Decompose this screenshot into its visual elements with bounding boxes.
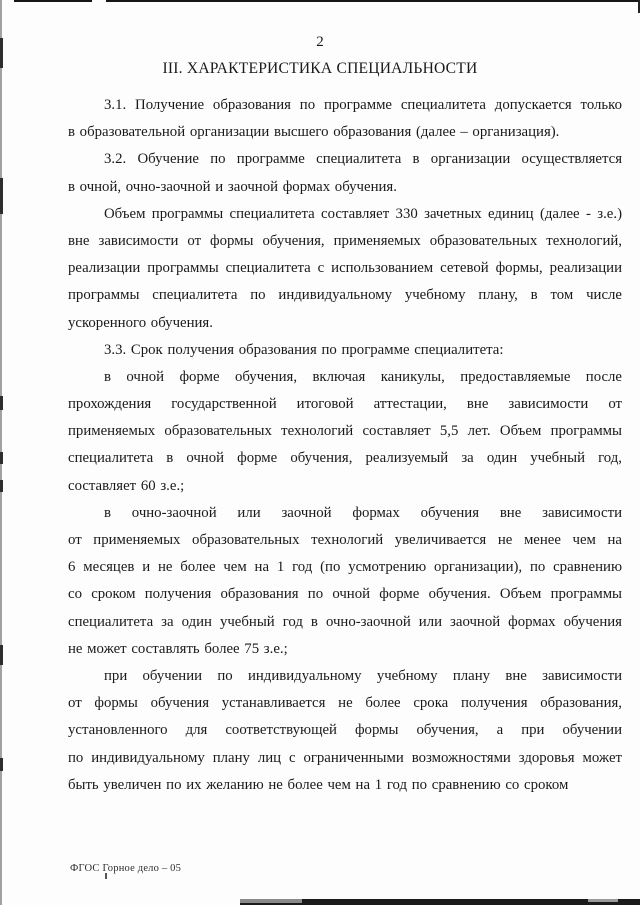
scanned-document-page: 2 III. ХАРАКТЕРИСТИКА СПЕЦИАЛЬНОСТИ 3.1.…: [0, 0, 640, 905]
scan-artifact-blob: [0, 645, 3, 665]
text-line: со сроком получения образования по очной…: [68, 581, 622, 608]
scan-artifact-bottom-bar: [240, 899, 302, 903]
scan-artifact-blob: [0, 452, 3, 464]
text-line: составляет 60 з.е.;: [68, 473, 622, 500]
scan-artifact-bottom-bar: [588, 899, 618, 902]
scan-artifact-blob: [0, 758, 3, 771]
scan-artifact-top-line: [106, 0, 640, 2]
text-line: в очно-заочной или заочной формах обучен…: [68, 500, 622, 527]
text-line: от применяемых образовательных технологи…: [68, 527, 622, 554]
text-line: в образовательной организации высшего об…: [68, 119, 622, 146]
text-line: при обучении по индивидуальному учебному…: [68, 663, 622, 690]
section-heading: III. ХАРАКТЕРИСТИКА СПЕЦИАЛЬНОСТИ: [0, 59, 640, 79]
text-line: по индивидуальному плану лиц с ограничен…: [68, 745, 622, 772]
scan-artifact-top-line: [14, 0, 92, 2]
text-line: 6 месяцев и не более чем на 1 год (по ус…: [68, 554, 622, 581]
text-line: 3.2. Обучение по программе специалитета …: [68, 146, 622, 173]
text-line: 3.1. Получение образования по программе …: [68, 92, 622, 119]
text-line: в очной форме обучения, включая каникулы…: [68, 364, 622, 391]
text-line: от формы обучения устанавливается не бол…: [68, 690, 622, 717]
text-line: реализации программы специалитета с испо…: [68, 255, 622, 282]
text-line: не может составлять более 75 з.е.;: [68, 636, 622, 663]
text-line: Объем программы специалитета составляет …: [68, 201, 622, 228]
text-line: вне зависимости от формы обучения, приме…: [68, 228, 622, 255]
scan-artifact-blob: [0, 178, 3, 214]
text-line: прохождения государственной итоговой атт…: [68, 391, 622, 418]
page-number: 2: [0, 0, 640, 52]
text-line: 3.3. Срок получения образования по прогр…: [68, 337, 622, 364]
scan-artifact-blob: [0, 396, 3, 410]
text-line: специалитета в очной форме обучения, реа…: [68, 445, 622, 472]
text-line: быть увеличен по их желанию не более чем…: [68, 772, 622, 799]
text-line: в очной, очно-заочной и заочной формах о…: [68, 174, 622, 201]
document-body: 3.1. Получение образования по программе …: [68, 92, 622, 799]
text-line: применяемых образовательных технологий с…: [68, 418, 622, 445]
scan-artifact-blob: [0, 38, 3, 68]
text-line: специалитета за один учебный год в очно-…: [68, 609, 622, 636]
footer-document-code: ФГОС Горное дело – 05: [70, 863, 181, 874]
text-line: установленного для соответствующей формы…: [68, 717, 622, 744]
scan-artifact-blob: [0, 480, 3, 492]
text-line: программы специалитета по индивидуальном…: [68, 282, 622, 309]
text-line: ускоренного обучения.: [68, 310, 622, 337]
